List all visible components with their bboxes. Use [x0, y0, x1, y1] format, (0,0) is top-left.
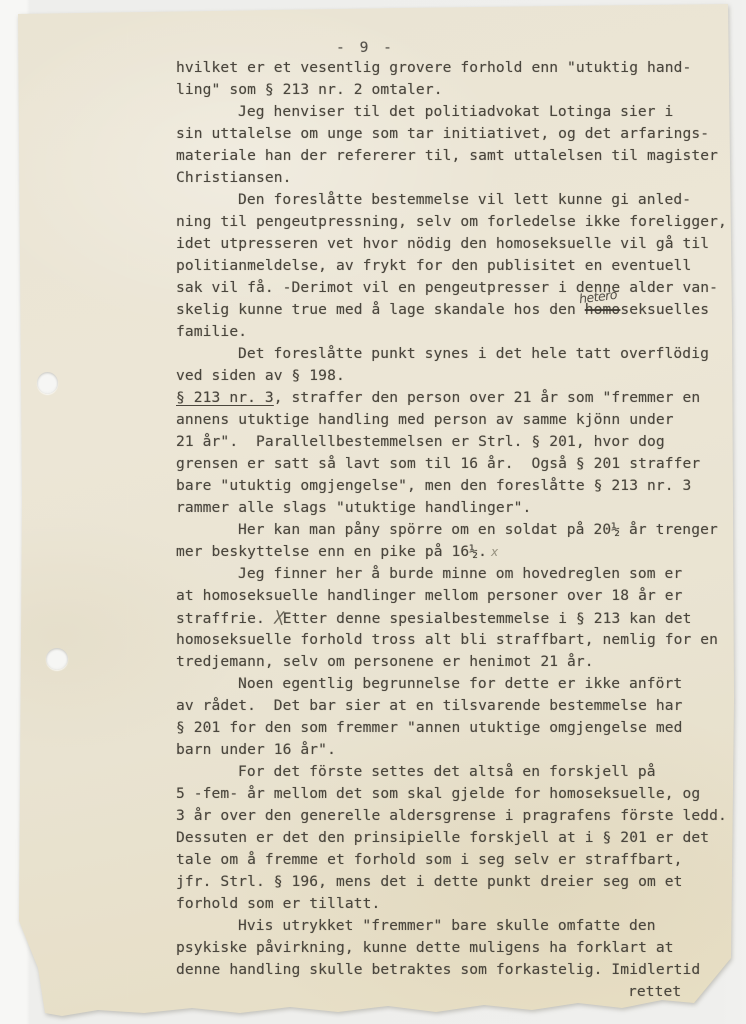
- text-segment: Noen egentlig begrunnelse for dette er i…: [238, 675, 682, 692]
- text-line: 5 -fem- år mellom det som skal gjelde fo…: [176, 783, 742, 805]
- document-text: hvilket er et vesentlig grovere forhold …: [176, 57, 742, 1003]
- text-segment: av rådet. Det bar sier at en tilsvarende…: [176, 697, 683, 714]
- text-segment: forhold som er tillatt.: [176, 895, 380, 912]
- text-segment-strike: homohetero: [585, 301, 621, 318]
- text-segment: at homoseksuelle handlinger mellom perso…: [176, 587, 683, 604]
- text-segment: rettet: [628, 983, 681, 1000]
- text-segment: jfr. Strl. § 196, mens det i dette punkt…: [176, 873, 683, 890]
- text-segment: tredjemann, selv om personene er henimot…: [176, 653, 594, 670]
- text-line: 21 år". Parallellbestemmelsen er Strl. §…: [176, 431, 742, 453]
- text-line: rammer alle slags "utuktige handlinger".: [176, 497, 742, 519]
- text-line: Her kan man påny spörre om en soldat på …: [176, 519, 742, 541]
- text-line: Jeg finner her å burde minne om hovedreg…: [176, 563, 742, 585]
- text-segment: psykiske påvirkning, kunne dette muligen…: [176, 939, 674, 956]
- text-segment: denne handling skulle betraktes som fork…: [176, 961, 700, 978]
- page-number: - 9 -: [336, 39, 395, 56]
- text-line: Den foreslåtte bestemmelse vil lett kunn…: [176, 189, 742, 211]
- text-segment: Den foreslåtte bestemmelse vil lett kunn…: [238, 191, 691, 208]
- text-line: psykiske påvirkning, kunne dette muligen…: [176, 937, 742, 959]
- text-line: bare "utuktig omgjengelse", men den fore…: [176, 475, 742, 497]
- text-line: politianmeldelse, av frykt for den publi…: [176, 255, 742, 277]
- text-segment: Jeg henviser til det politiadvokat Lotin…: [238, 103, 673, 120]
- text-line: homoseksuelle forhold tross alt bli stra…: [176, 629, 742, 651]
- handwritten-correction: hetero: [578, 284, 618, 310]
- text-line: § 201 for den som fremmer "annen utuktig…: [176, 717, 742, 739]
- text-line: hvilket er et vesentlig grovere forhold …: [176, 57, 742, 79]
- text-line: Hvis utrykket "fremmer" bare skulle omfa…: [176, 915, 742, 937]
- text-line: annens utuktige handling med person av s…: [176, 409, 742, 431]
- punch-hole-bottom: [46, 648, 68, 670]
- text-segment: straffrie.: [176, 610, 274, 627]
- text-segment: 5 -fem- år mellom det som skal gjelde fo…: [176, 785, 700, 802]
- text-segment: Dessuten er det den prinsipielle forskje…: [176, 829, 709, 846]
- text-line: barn under 16 år".: [176, 739, 742, 761]
- text-line: sak vil få. -Derimot vil en pengeutpress…: [176, 277, 742, 299]
- text-line: av rådet. Det bar sier at en tilsvarende…: [176, 695, 742, 717]
- text-segment: Jeg finner her å burde minne om hovedreg…: [238, 565, 682, 582]
- text-line: at homoseksuelle handlinger mellom perso…: [176, 585, 742, 607]
- text-line: For det förste settes det altså en forsk…: [176, 761, 742, 783]
- text-segment: For det förste settes det altså en forsk…: [238, 763, 656, 780]
- text-segment: § 201 for den som fremmer "annen utuktig…: [176, 719, 683, 736]
- text-segment: ling" som § 213 nr. 2 omtaler.: [176, 81, 443, 98]
- text-segment: Hvis utrykket "fremmer" bare skulle omfa…: [238, 917, 656, 934]
- text-line: Christiansen.: [176, 167, 742, 189]
- text-segment: seksuelles: [620, 301, 709, 318]
- text-segment: barn under 16 år".: [176, 741, 336, 758]
- text-segment: Christiansen.: [176, 169, 292, 186]
- text-line: ved siden av § 198.: [176, 365, 742, 387]
- text-segment: , straffer den person over 21 år som "fr…: [274, 389, 701, 406]
- text-segment: hvilket er et vesentlig grovere forhold …: [176, 59, 691, 76]
- text-segment: skelig kunne true med å lage skandale ho…: [176, 301, 585, 318]
- text-line: tale om å fremme et forhold som i seg se…: [176, 849, 742, 871]
- text-segment: materiale han der refererer til, samt ut…: [176, 147, 718, 164]
- paper-sheet: - 9 - hvilket er et vesentlig grovere fo…: [0, 0, 746, 1024]
- text-segment: Her kan man påny spörre om en soldat på …: [238, 521, 718, 538]
- text-line: Noen egentlig begrunnelse for dette er i…: [176, 673, 742, 695]
- text-line: Dessuten er det den prinsipielle forskje…: [176, 827, 742, 849]
- text-segment: idet utpresseren vet hvor nödig den homo…: [176, 235, 709, 252]
- text-line: mer beskyttelse enn en pike på 16½. x: [176, 541, 742, 563]
- scanned-page: - 9 - hvilket er et vesentlig grovere fo…: [0, 0, 746, 1024]
- text-segment: ning til pengeutpressning, selv om forle…: [176, 213, 727, 230]
- text-segment: rammer alle slags "utuktige handlinger".: [176, 499, 531, 516]
- text-segment: ved siden av § 198.: [176, 367, 345, 384]
- text-line: jfr. Strl. § 196, mens det i dette punkt…: [176, 871, 742, 893]
- text-line: 3 år over den generelle aldersgrense i p…: [176, 805, 742, 827]
- text-line: tredjemann, selv om personene er henimot…: [176, 651, 742, 673]
- text-line: ling" som § 213 nr. 2 omtaler.: [176, 79, 742, 101]
- text-line: straffrie. XEtter denne spesialbestemmel…: [176, 607, 742, 629]
- text-segment: mer beskyttelse enn en pike på 16½.: [176, 543, 487, 560]
- text-line: rettet: [176, 981, 742, 1003]
- text-segment-hand: x: [487, 545, 498, 559]
- text-segment: politianmeldelse, av frykt for den publi…: [176, 257, 691, 274]
- punch-hole-top: [37, 372, 58, 394]
- text-segment: tale om å fremme et forhold som i seg se…: [176, 851, 683, 868]
- text-line: grensen er satt så lavt som til 16 år. O…: [176, 453, 742, 475]
- text-segment: sak vil få. -Derimot vil en pengeutpress…: [176, 279, 718, 296]
- text-segment: bare "utuktig omgjengelse", men den fore…: [176, 477, 691, 494]
- text-segment: Etter denne spesialbestemmelse i § 213 k…: [283, 610, 692, 627]
- text-segment: familie.: [176, 323, 247, 340]
- text-line: idet utpresseren vet hvor nödig den homo…: [176, 233, 742, 255]
- text-segment: annens utuktige handling med person av s…: [176, 411, 674, 428]
- text-segment: sin uttalelse om unge som tar initiative…: [176, 125, 709, 142]
- text-segment: homoseksuelle forhold tross alt bli stra…: [176, 631, 718, 648]
- text-segment: 21 år". Parallellbestemmelsen er Strl. §…: [176, 433, 665, 450]
- text-line: ning til pengeutpressning, selv om forle…: [176, 211, 742, 233]
- text-segment: grensen er satt så lavt som til 16 år. O…: [176, 455, 700, 472]
- text-line: materiale han der refererer til, samt ut…: [176, 145, 742, 167]
- text-segment-underline: § 213 nr. 3: [176, 389, 274, 406]
- text-line: forhold som er tillatt.: [176, 893, 742, 915]
- text-line: § 213 nr. 3, straffer den person over 21…: [176, 387, 742, 409]
- text-line: denne handling skulle betraktes som fork…: [176, 959, 742, 981]
- text-line: skelig kunne true med å lage skandale ho…: [176, 299, 742, 321]
- text-segment: Det foreslåtte punkt synes i det hele ta…: [238, 345, 709, 362]
- text-line: Jeg henviser til det politiadvokat Lotin…: [176, 101, 742, 123]
- text-segment: 3 år over den generelle aldersgrense i p…: [176, 807, 727, 824]
- text-line: familie.: [176, 321, 742, 343]
- text-line: Det foreslåtte punkt synes i det hele ta…: [176, 343, 742, 365]
- paper-shadow: - 9 - hvilket er et vesentlig grovere fo…: [0, 0, 746, 1024]
- text-line: sin uttalelse om unge som tar initiative…: [176, 123, 742, 145]
